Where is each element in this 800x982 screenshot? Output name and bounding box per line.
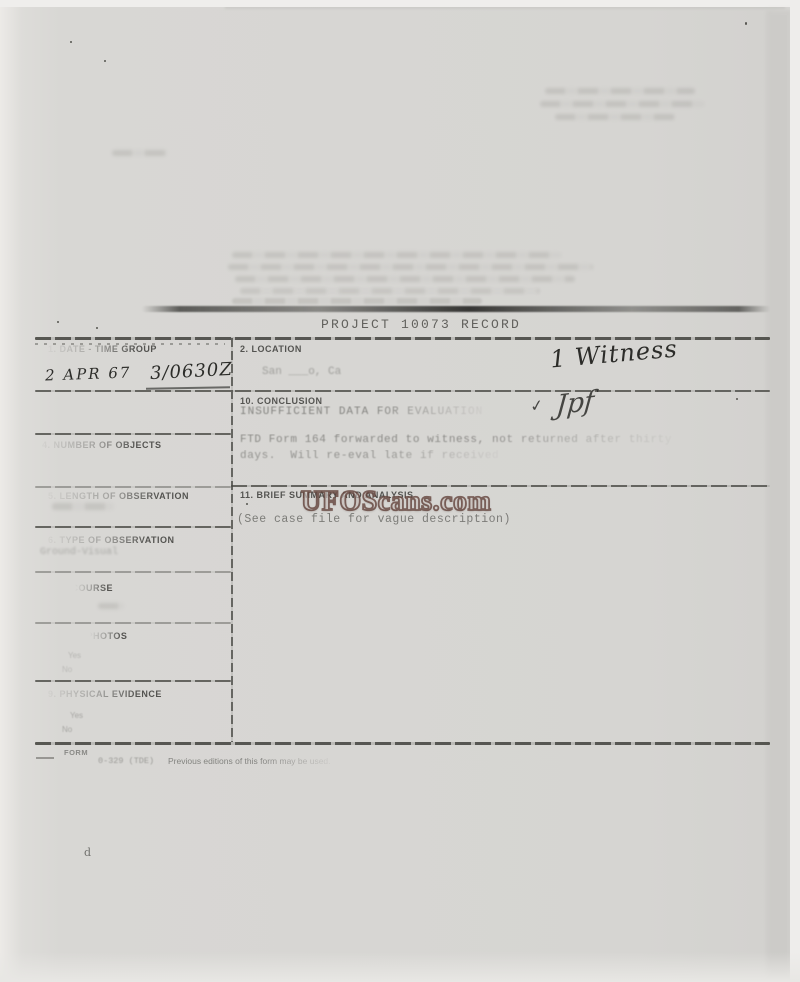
field-photos-label: 8. PHOTOS (75, 631, 127, 641)
remarks-line-1: FTD Form 164 forwarded to witness, not r… (240, 434, 672, 446)
ink-speck (57, 321, 59, 323)
conclusion-value: INSUFFICIENT DATA FOR EVALUATION (240, 406, 483, 418)
scan-right-edge (790, 0, 800, 982)
watermark: UFOScans.com (301, 486, 491, 518)
bleedthrough-smudge (232, 298, 482, 304)
remarks-line-2: days. Will re-eval late if received (240, 450, 499, 462)
conclusion-initials-handwritten: Jpf (555, 385, 596, 421)
form-title: PROJECT 10073 RECORD (321, 317, 521, 332)
ink-speck (736, 398, 738, 400)
row-rule (35, 390, 770, 392)
photos-option-no: No (62, 665, 72, 674)
row-rule (35, 571, 231, 573)
footer-form-word: FORM (64, 748, 88, 757)
field-type-of-observation-label: 6. TYPE OF OBSERVATION (48, 535, 175, 545)
bleedthrough-smudge (545, 88, 695, 94)
bleedthrough-smudge (540, 101, 705, 107)
conclusion-checkmark: ✓ (529, 395, 545, 416)
physical-evidence-option-no: No (62, 725, 72, 734)
row-rule (35, 486, 231, 488)
row-rule (35, 680, 231, 682)
date-handwritten: 2 APR 67 (45, 363, 132, 384)
bleedthrough-smudge (228, 264, 593, 270)
ink-speck (104, 60, 106, 62)
length-value-smudge (52, 503, 114, 510)
field-date-time-group-label: 1. DATE - TIME GROUP (48, 344, 157, 354)
smudge-rule (142, 306, 770, 312)
row-rule (35, 526, 231, 528)
scanned-document-page: PROJECT 10073 RECORD 1. DATE - TIME GROU… (0, 0, 800, 982)
bleedthrough-smudge (240, 288, 540, 294)
table-bottom-border (35, 742, 770, 745)
course-value-smudge (98, 603, 124, 609)
ink-speck (745, 22, 747, 25)
time-group-handwritten: 3/0630Z (150, 359, 234, 384)
field-number-of-objects-label: 4. NUMBER OF OBJECTS (42, 440, 162, 450)
ink-speck (96, 327, 98, 329)
ink-speck (246, 503, 248, 505)
field-location-label: 2. LOCATION (240, 344, 302, 354)
page-right-shadow (766, 10, 792, 982)
scan-top-edge (0, 0, 800, 7)
bleedthrough-smudge (232, 252, 562, 258)
field-physical-evidence-label: 9. PHYSICAL EVIDENCE (48, 689, 162, 699)
footer-form-number: 0-329 (TDE) (98, 756, 154, 766)
physical-evidence-option-yes: Yes (70, 711, 83, 720)
column-divider (231, 338, 233, 742)
location-value: San ___o, Ca (262, 366, 341, 378)
photos-option-yes: Yes (68, 651, 81, 660)
ink-speck (70, 41, 72, 43)
row-rule (35, 622, 231, 624)
footer-note: Previous editions of this form may be us… (168, 756, 331, 766)
bleedthrough-smudge (112, 150, 167, 156)
field-course-label: 7. COURSE (60, 583, 113, 593)
field-length-of-observation-label: 5. LENGTH OF OBSERVATION (48, 491, 189, 501)
type-of-observation-value: Ground-Visual (40, 547, 118, 558)
corner-pencil-mark: d (84, 846, 91, 859)
field-conclusion-label: 10. CONCLUSION (240, 396, 323, 406)
scan-bottom-fade (0, 952, 800, 982)
footer-dash (36, 757, 54, 759)
bleedthrough-smudge (235, 276, 575, 282)
bleedthrough-smudge (555, 114, 675, 120)
row-rule (35, 433, 231, 435)
